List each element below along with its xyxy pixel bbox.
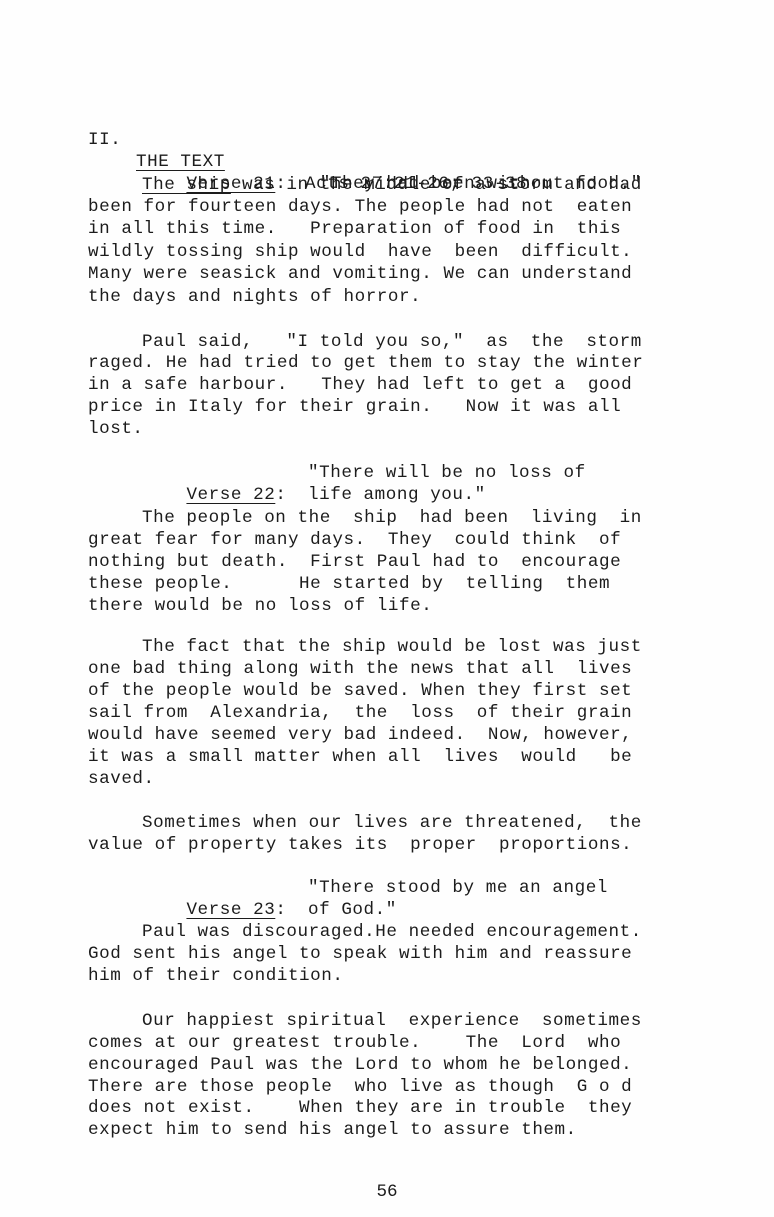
verse-quote: "There will be no loss of: [308, 462, 586, 484]
paragraph-line: comes at our greatest trouble. The Lord …: [88, 1032, 621, 1054]
paragraph-line: one bad thing along with the news that a…: [88, 658, 632, 680]
paragraph-line: Sometimes when our lives are threatened,…: [142, 812, 642, 834]
paragraph-line: in a safe harbour. They had left to get …: [88, 374, 632, 396]
verse-quote: of God.": [308, 899, 397, 921]
page-number: 56: [0, 1182, 774, 1202]
paragraph-line: him of their condition.: [88, 965, 343, 987]
paragraph-line: saved.: [88, 768, 155, 790]
paragraph-line: would have seemed very bad indeed. Now, …: [88, 724, 632, 746]
paragraph-line: Many were seasick and vomiting. We can u…: [88, 263, 632, 285]
paragraph-line: been for fourteen days. The people had n…: [88, 196, 632, 218]
document-page: II. THE TEXT Acts 27:21-26; 33-38 Verse …: [0, 0, 774, 1217]
paragraph-line: God sent his angel to speak with him and…: [88, 943, 632, 965]
verse-label: Verse 22: [186, 485, 275, 505]
paragraph-line: there would be no loss of life.: [88, 595, 432, 617]
paragraph-line: nothing but death. First Paul had to enc…: [88, 551, 621, 573]
paragraph-line: encouraged Paul was the Lord to whom he …: [88, 1054, 632, 1076]
paragraph-line: lost.: [88, 418, 144, 440]
paragraph-line: in all this time. Preparation of food in…: [88, 218, 621, 240]
paragraph-line: There are those people who live as thoug…: [88, 1076, 632, 1098]
paragraph-line: these people. He started by telling them: [88, 573, 610, 595]
verse-quote: life among you.": [308, 484, 486, 506]
paragraph-line: Paul was discouraged.He needed encourage…: [142, 921, 642, 943]
paragraph-line: does not exist. When they are in trouble…: [88, 1097, 632, 1119]
paragraph-line: wildly tossing ship would have been diff…: [88, 241, 632, 263]
paragraph-line: sail from Alexandria, the loss of their …: [88, 702, 632, 724]
paragraph-line: expect him to send his angel to assure t…: [88, 1119, 577, 1141]
paragraph-line: Our happiest spiritual experience someti…: [142, 1010, 642, 1032]
paragraph-line: The ship was in the middle of a storm an…: [142, 174, 642, 196]
paragraph-line: it was a small matter when all lives wou…: [88, 746, 632, 768]
paragraph-line: The people on the ship had been living i…: [142, 507, 642, 529]
paragraph-line: price in Italy for their grain. Now it w…: [88, 396, 621, 418]
verse-quote: "There stood by me an angel: [308, 877, 608, 899]
verse-label: Verse 23: [186, 900, 275, 920]
paragraph-line: raged. He had tried to get them to stay …: [88, 352, 643, 374]
paragraph-line: the days and nights of horror.: [88, 286, 421, 308]
paragraph-line: great fear for many days. They could thi…: [88, 529, 621, 551]
paragraph-line: value of property takes its proper propo…: [88, 834, 632, 856]
paragraph-line: Paul said, "I told you so," as the storm: [142, 331, 642, 353]
section-number: II.: [88, 129, 121, 151]
paragraph-line: of the people would be saved. When they …: [88, 680, 632, 702]
paragraph-line: The fact that the ship would be lost was…: [142, 636, 642, 658]
